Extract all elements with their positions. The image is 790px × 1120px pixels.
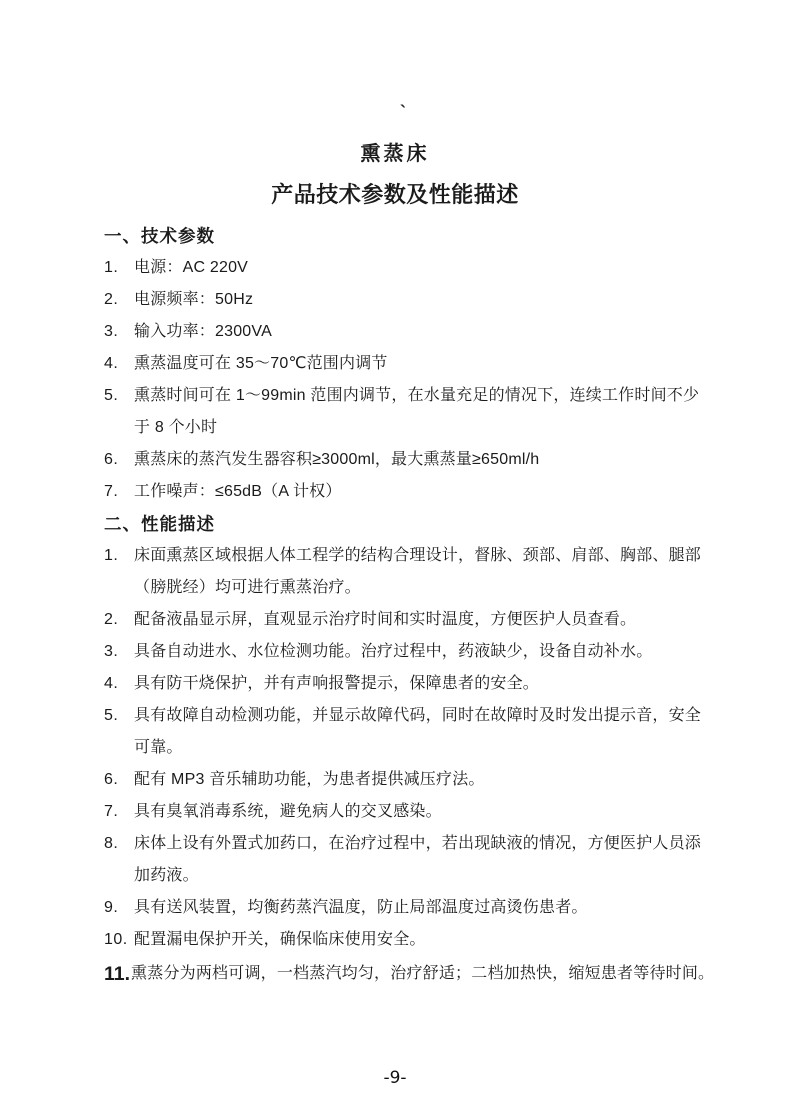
item-text: 熏蒸分为两档可调，一档蒸汽均匀，治疗舒适；二档加热快，缩短患者等待时间。 xyxy=(131,958,714,990)
sections-container: 一、技术参数 1. 电源：AC 220V 2. 电源频率：50Hz 3. 输入功… xyxy=(0,220,790,990)
item-text: 电源频率：50Hz xyxy=(134,284,712,316)
document-subtitle: 产品技术参数及性能描述 xyxy=(0,182,790,208)
item-text: 配有 MP3 音乐辅助功能，为患者提供减压疗法。 xyxy=(134,764,712,796)
item-number: 3. xyxy=(104,636,134,668)
list-item: 2. 配备液晶显示屏，直观显示治疗时间和实时温度，方便医护人员查看。 xyxy=(104,604,712,636)
list-item: 10. 配置漏电保护开关，确保临床使用安全。 xyxy=(104,924,712,956)
item-number: 11. xyxy=(104,958,131,990)
item-text: 熏蒸床的蒸汽发生器容积≥3000ml，最大熏蒸量≥650ml/h xyxy=(134,444,712,476)
item-number: 7. xyxy=(104,796,134,828)
item-number: 9. xyxy=(104,892,134,924)
item-number: 4. xyxy=(104,668,134,700)
item-text: 床面熏蒸区域根据人体工程学的结构合理设计，督脉、颈部、肩部、胸部、腿部（膀胱经）… xyxy=(134,540,712,604)
list-item: 6. 熏蒸床的蒸汽发生器容积≥3000ml，最大熏蒸量≥650ml/h xyxy=(104,444,712,476)
item-number: 6. xyxy=(104,764,134,796)
list-item: 4. 熏蒸温度可在 35～70℃范围内调节 xyxy=(104,348,712,380)
item-number: 5. xyxy=(104,380,134,412)
list-item: 1. 电源：AC 220V xyxy=(104,252,712,284)
page-number: -9- xyxy=(0,1068,790,1088)
item-text: 具有防干烧保护，并有声响报警提示，保障患者的安全。 xyxy=(134,668,712,700)
item-text: 熏蒸温度可在 35～70℃范围内调节 xyxy=(134,348,712,380)
item-number: 1. xyxy=(104,252,134,284)
list-item: 8. 床体上设有外置式加药口，在治疗过程中，若出现缺液的情况，方便医护人员添加药… xyxy=(104,828,712,892)
item-text: 具备自动进水、水位检测功能。治疗过程中，药液缺少，设备自动补水。 xyxy=(134,636,712,668)
document-section: 一、技术参数 1. 电源：AC 220V 2. 电源频率：50Hz 3. 输入功… xyxy=(104,220,712,508)
section-item-list: 1. 床面熏蒸区域根据人体工程学的结构合理设计，督脉、颈部、肩部、胸部、腿部（膀… xyxy=(104,540,712,990)
list-item: 6. 配有 MP3 音乐辅助功能，为患者提供减压疗法。 xyxy=(104,764,712,796)
item-text: 具有送风装置，均衡药蒸汽温度，防止局部温度过高烫伤患者。 xyxy=(134,892,712,924)
section-heading: 二、性能描述 xyxy=(104,508,712,540)
item-number: 1. xyxy=(104,540,134,572)
list-item: 3. 输入功率：2300VA xyxy=(104,316,712,348)
list-item: 4. 具有防干烧保护，并有声响报警提示，保障患者的安全。 xyxy=(104,668,712,700)
item-text: 配置漏电保护开关，确保临床使用安全。 xyxy=(134,924,712,956)
document-title: 熏蒸床 xyxy=(0,0,790,165)
item-number: 5. xyxy=(104,700,134,732)
item-number: 6. xyxy=(104,444,134,476)
list-item: 7. 工作噪声：≤65dB（A 计权） xyxy=(104,476,712,508)
list-item: 2. 电源频率：50Hz xyxy=(104,284,712,316)
list-item: 1. 床面熏蒸区域根据人体工程学的结构合理设计，督脉、颈部、肩部、胸部、腿部（膀… xyxy=(104,540,712,604)
item-number: 3. xyxy=(104,316,134,348)
item-number: 7. xyxy=(104,476,134,508)
list-item: 11. 熏蒸分为两档可调，一档蒸汽均匀，治疗舒适；二档加热快，缩短患者等待时间。 xyxy=(104,958,712,990)
item-number: 4. xyxy=(104,348,134,380)
item-number: 8. xyxy=(104,828,134,860)
item-number: 2. xyxy=(104,604,134,636)
item-text: 工作噪声：≤65dB（A 计权） xyxy=(134,476,712,508)
item-text: 具有臭氧消毒系统，避免病人的交叉感染。 xyxy=(134,796,712,828)
item-number: 10. xyxy=(104,924,134,956)
item-text: 熏蒸时间可在 1～99min 范围内调节，在水量充足的情况下，连续工作时间不少于… xyxy=(134,380,712,444)
item-number: 2. xyxy=(104,284,134,316)
list-item: 9. 具有送风装置，均衡药蒸汽温度，防止局部温度过高烫伤患者。 xyxy=(104,892,712,924)
stray-scan-mark: ` xyxy=(400,103,406,121)
item-text: 配备液晶显示屏，直观显示治疗时间和实时温度，方便医护人员查看。 xyxy=(134,604,712,636)
list-item: 5. 具有故障自动检测功能，并显示故障代码，同时在故障时及时发出提示音，安全可靠… xyxy=(104,700,712,764)
section-heading: 一、技术参数 xyxy=(104,220,712,252)
list-item: 3. 具备自动进水、水位检测功能。治疗过程中，药液缺少，设备自动补水。 xyxy=(104,636,712,668)
document-page: ` 熏蒸床 产品技术参数及性能描述 一、技术参数 1. 电源：AC 220V 2… xyxy=(0,0,790,1120)
document-section: 二、性能描述 1. 床面熏蒸区域根据人体工程学的结构合理设计，督脉、颈部、肩部、… xyxy=(104,508,712,990)
list-item: 7. 具有臭氧消毒系统，避免病人的交叉感染。 xyxy=(104,796,712,828)
list-item: 5. 熏蒸时间可在 1～99min 范围内调节，在水量充足的情况下，连续工作时间… xyxy=(104,380,712,444)
item-text: 电源：AC 220V xyxy=(134,252,712,284)
item-text: 输入功率：2300VA xyxy=(134,316,712,348)
item-text: 床体上设有外置式加药口，在治疗过程中，若出现缺液的情况，方便医护人员添加药液。 xyxy=(134,828,712,892)
section-item-list: 1. 电源：AC 220V 2. 电源频率：50Hz 3. 输入功率：2300V… xyxy=(104,252,712,508)
item-text: 具有故障自动检测功能，并显示故障代码，同时在故障时及时发出提示音，安全可靠。 xyxy=(134,700,712,764)
